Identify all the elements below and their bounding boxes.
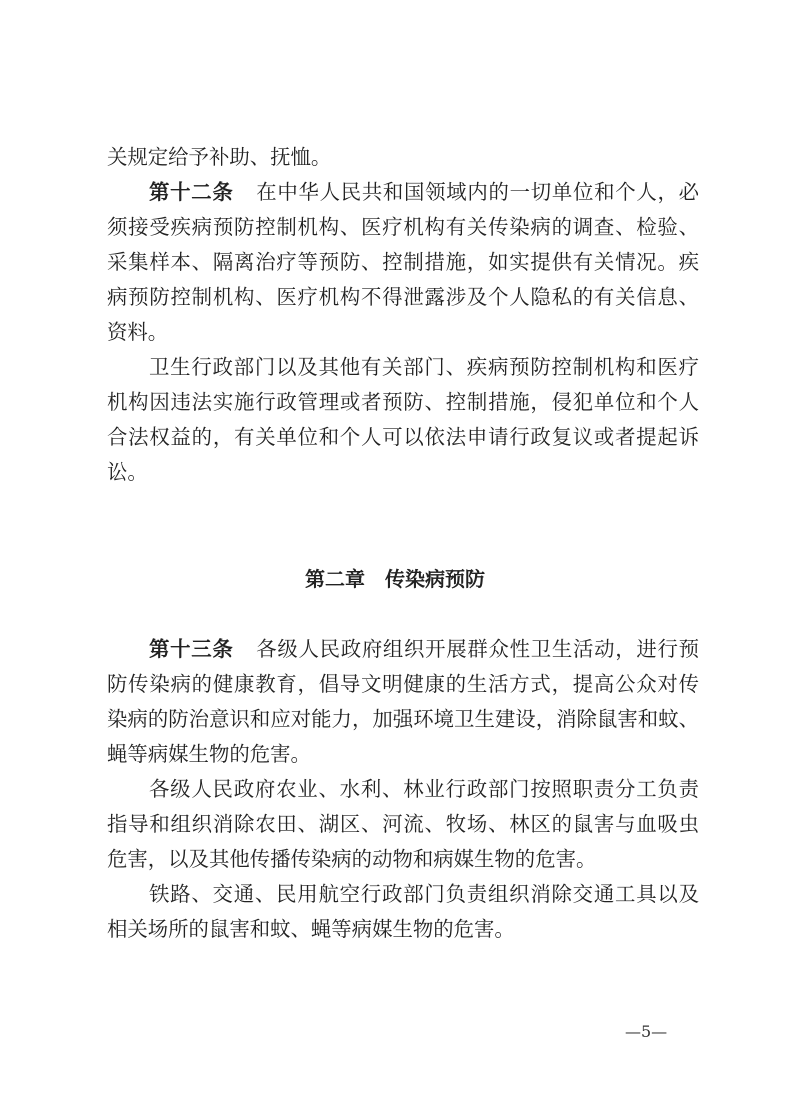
page-number: —5— <box>625 1022 667 1041</box>
text-line: 防传染病的健康教育，倡导文明健康的生活方式，提高公众对传 <box>107 672 699 696</box>
chapter-number: 第二章 <box>305 567 365 591</box>
text-span: 在中华人民共和国领域内的一切单位和个人，必 <box>255 180 699 204</box>
article-label: 第十二条 <box>149 180 233 204</box>
text-line: 讼。 <box>107 460 699 484</box>
text-line: 铁路、交通、民用航空行政部门负责组织消除交通工具以及 <box>149 882 699 906</box>
text-span: 各级人民政府组织开展群众性卫生活动，进行预 <box>255 637 699 661</box>
text-line: 关规定给予补助、抚恤。 <box>107 145 699 169</box>
text-line: 合法权益的，有关单位和个人可以依法申请行政复议或者提起诉 <box>107 425 699 449</box>
text-line: 资料。 <box>107 320 699 344</box>
article-12-line-1: 第十二条在中华人民共和国领域内的一切单位和个人，必 <box>149 180 699 204</box>
chapter-heading: 第二章传染病预防 <box>0 563 790 592</box>
text-line: 卫生行政部门以及其他有关部门、疾病预防控制机构和医疗 <box>149 355 699 379</box>
chapter-title: 传染病预防 <box>385 567 485 591</box>
text-line: 机构因违法实施行政管理或者预防、控制措施，侵犯单位和个人 <box>107 390 699 414</box>
document-page: 关规定给予补助、抚恤。 第十二条在中华人民共和国领域内的一切单位和个人，必 须接… <box>0 0 790 1118</box>
text-line: 蝇等病媒生物的危害。 <box>107 742 699 766</box>
article-13-line-1: 第十三条各级人民政府组织开展群众性卫生活动，进行预 <box>149 637 699 661</box>
text-line: 染病的防治意识和应对能力，加强环境卫生建设，消除鼠害和蚊、 <box>107 707 699 731</box>
text-line: 相关场所的鼠害和蚊、蝇等病媒生物的危害。 <box>107 917 699 941</box>
article-label: 第十三条 <box>149 637 233 661</box>
text-line: 须接受疾病预防控制机构、医疗机构有关传染病的调查、检验、 <box>107 215 699 239</box>
text-line: 指导和组织消除农田、湖区、河流、牧场、林区的鼠害与血吸虫 <box>107 812 699 836</box>
text-line: 各级人民政府农业、水利、林业行政部门按照职责分工负责 <box>149 777 699 801</box>
text-line: 采集样本、隔离治疗等预防、控制措施，如实提供有关情况。疾 <box>107 250 699 274</box>
text-line: 危害，以及其他传播传染病的动物和病媒生物的危害。 <box>107 847 699 871</box>
text-line: 病预防控制机构、医疗机构不得泄露涉及个人隐私的有关信息、 <box>107 285 699 309</box>
